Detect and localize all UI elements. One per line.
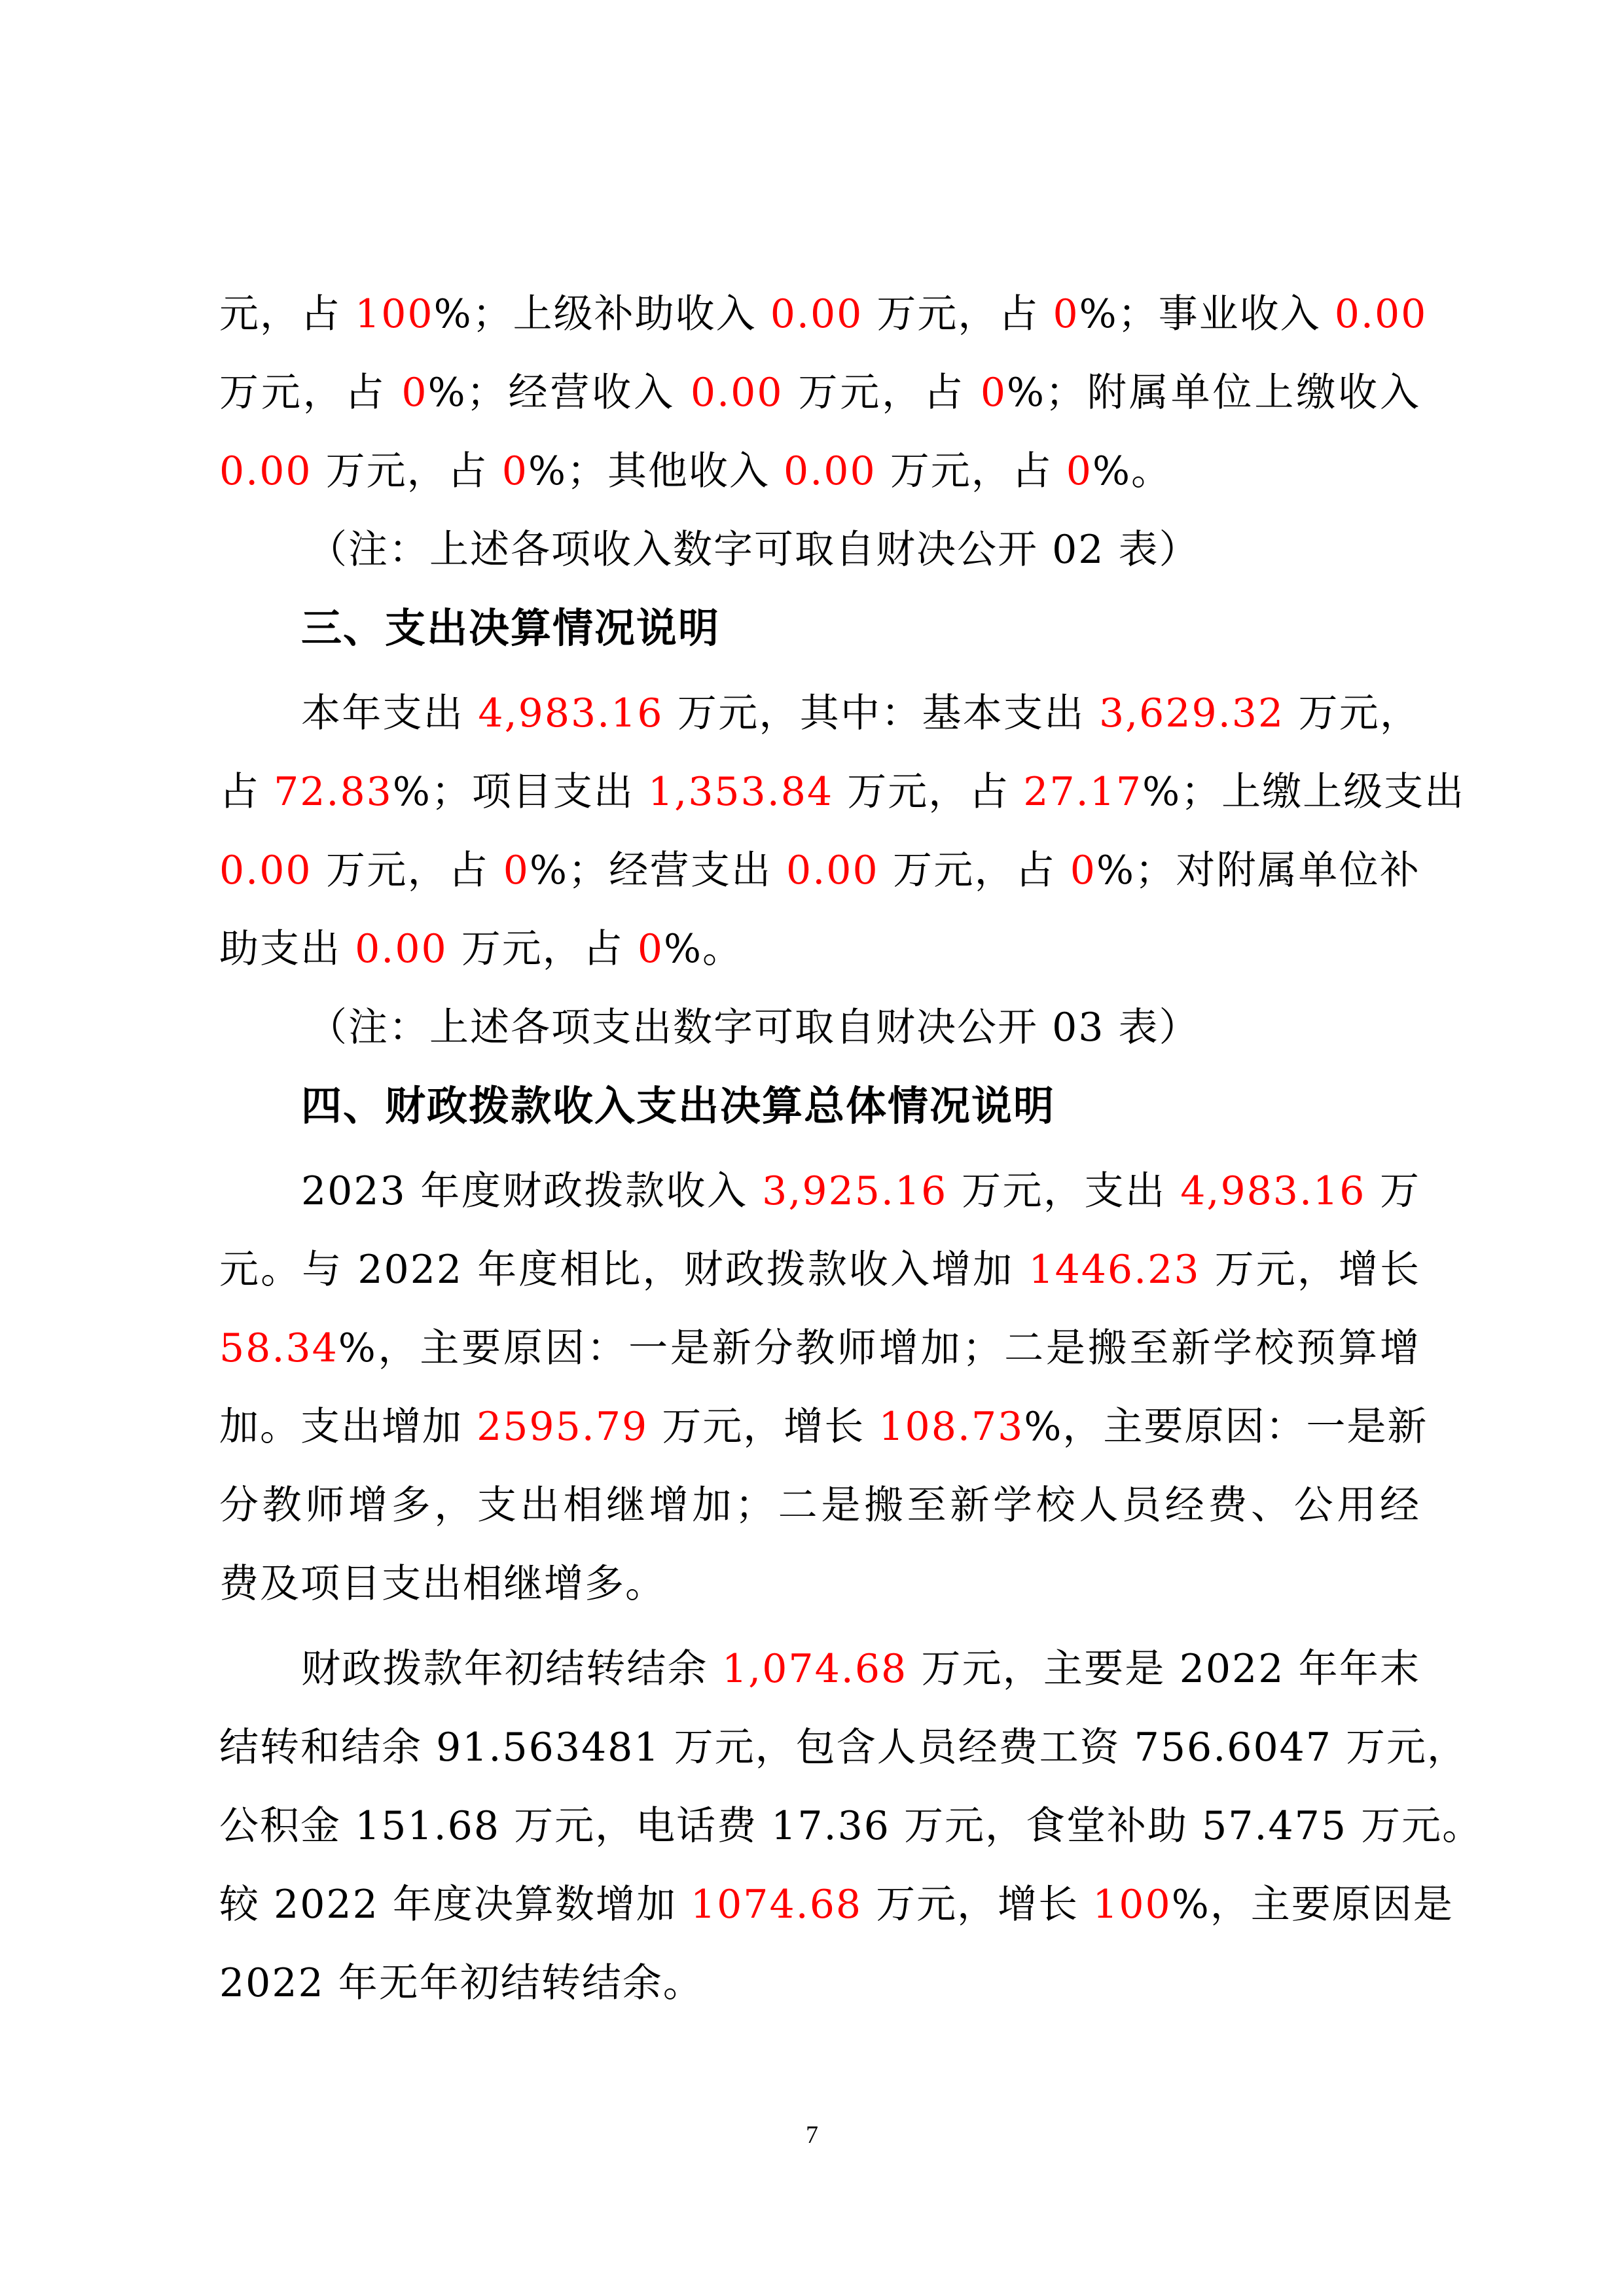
text-line: 较 2022 年度决算数增加 1074.68 万元，增长 100%，主要原因是 xyxy=(219,1865,1420,1944)
highlighted-value: 0 xyxy=(1053,291,1079,337)
text-run: 占 xyxy=(219,769,274,815)
text-line: 0.00 万元，占 0%；经营支出 0.00 万元，占 0%；对附属单位补 xyxy=(219,831,1420,910)
text-run: 万元，增长 xyxy=(648,1404,878,1450)
text-run: 2023 年度财政拨款收入 xyxy=(301,1168,762,1214)
highlighted-value: 100 xyxy=(1092,1882,1172,1928)
highlighted-value: 0 xyxy=(503,848,530,893)
text-run: %；经营支出 xyxy=(530,848,786,893)
text-run: 费及项目支出相继增多。 xyxy=(219,1561,666,1607)
highlighted-value: 1446.23 xyxy=(1028,1247,1200,1293)
highlighted-value: 1,074.68 xyxy=(722,1646,907,1692)
text-run: （注：上述各项支出数字可取自财决公开 03 表） xyxy=(308,1005,1200,1050)
text-run: %，主要原因：一是新 xyxy=(1024,1404,1428,1450)
highlighted-value: 100 xyxy=(355,291,434,337)
section-heading: 三、支出决算情况说明 xyxy=(301,589,1502,668)
text-run: 三、支出决算情况说明 xyxy=(301,604,720,652)
highlighted-value: 0 xyxy=(1066,448,1092,494)
text-run: 万元，占 xyxy=(784,370,981,416)
highlighted-value: 0.00 xyxy=(219,448,312,494)
highlighted-value: 3,629.32 xyxy=(1099,691,1284,736)
text-run: 财政拨款年初结转结余 xyxy=(301,1646,722,1692)
highlighted-value: 0 xyxy=(502,448,528,494)
text-line: 元。与 2022 年度相比，财政拨款收入增加 1446.23 万元，增长 xyxy=(219,1230,1420,1309)
text-line: 元，占 100%；上级补助收入 0.00 万元，占 0%；事业收入 0.00 xyxy=(219,275,1420,353)
highlighted-value: 3,925.16 xyxy=(762,1168,947,1214)
text-run: %；经营收入 xyxy=(428,370,691,416)
highlighted-value: 0.00 xyxy=(219,848,312,893)
paragraph-first-line: 本年支出 4,983.16 万元，其中：基本支出 3,629.32 万元， xyxy=(301,674,1420,753)
highlighted-value: 0 xyxy=(1070,848,1096,893)
text-line: 58.34%，主要原因：一是新分教师增加；二是搬至新学校预算增 xyxy=(219,1309,1420,1388)
text-run: %，主要原因是 xyxy=(1172,1882,1454,1928)
document-page: 元，占 100%；上级补助收入 0.00 万元，占 0%；事业收入 0.00万元… xyxy=(0,0,1624,2296)
text-run: %；事业收入 xyxy=(1079,291,1335,337)
text-run: %，主要原因：一是新分教师增加；二是搬至新学校预算增 xyxy=(338,1325,1420,1371)
text-line: 占 72.83%；项目支出 1,353.84 万元，占 27.17%；上缴上级支… xyxy=(219,753,1420,831)
text-run: %；附属单位上缴收入 xyxy=(1007,370,1420,416)
source-note: （注：上述各项支出数字可取自财决公开 03 表） xyxy=(308,988,1237,1067)
highlighted-value: 0 xyxy=(638,926,664,972)
text-run: 万元，支出 xyxy=(947,1168,1180,1214)
highlighted-value: 0.00 xyxy=(691,370,784,416)
text-run: 本年支出 xyxy=(301,691,478,736)
text-run: 公积金 151.68 万元，电话费 17.36 万元，食堂补助 57.475 万… xyxy=(219,1803,1483,1849)
text-run: （注：上述各项收入数字可取自财决公开 02 表） xyxy=(308,527,1200,573)
highlighted-value: 0 xyxy=(401,370,427,416)
text-run: 万元，增长 xyxy=(1200,1247,1420,1293)
text-line: 助支出 0.00 万元，占 0%。 xyxy=(219,910,1420,988)
section-heading: 四、财政拨款收入支出决算总体情况说明 xyxy=(301,1067,1502,1145)
text-run: 万元，占 xyxy=(312,448,502,494)
text-run: %；对附属单位补 xyxy=(1096,848,1420,893)
text-run: 万元， xyxy=(1284,691,1420,736)
text-run: 万元，占 xyxy=(833,769,1023,815)
text-line: 结转和结余 91.563481 万元，包含人员经费工资 756.6047 万元， xyxy=(219,1708,1420,1787)
text-run: %。 xyxy=(1092,448,1172,494)
highlighted-value: 108.73 xyxy=(878,1404,1024,1450)
highlighted-value: 72.83 xyxy=(274,769,393,815)
text-run: %。 xyxy=(664,926,743,972)
highlighted-value: 1074.68 xyxy=(691,1882,862,1928)
text-run: 万元，占 xyxy=(219,370,401,416)
text-run: 助支出 xyxy=(219,926,355,972)
text-run: 万 xyxy=(1365,1168,1420,1214)
text-run: 万元，其中：基本支出 xyxy=(664,691,1099,736)
highlighted-value: 0.00 xyxy=(770,291,863,337)
text-run: 较 2022 年度决算数增加 xyxy=(219,1882,691,1928)
highlighted-value: 4,983.16 xyxy=(478,691,663,736)
text-run: %；项目支出 xyxy=(393,769,648,815)
highlighted-value: 0.00 xyxy=(1335,291,1428,337)
text-run: 万元，占 xyxy=(448,926,638,972)
text-run: 万元，占 xyxy=(312,848,503,893)
highlighted-value: 1,353.84 xyxy=(648,769,833,815)
text-run: 万元，主要是 2022 年年末 xyxy=(907,1646,1420,1692)
paragraph-first-line: 财政拨款年初结转结余 1,074.68 万元，主要是 2022 年年末 xyxy=(301,1630,1420,1708)
text-run: 加。支出增加 xyxy=(219,1404,477,1450)
text-line: 公积金 151.68 万元，电话费 17.36 万元，食堂补助 57.475 万… xyxy=(219,1787,1420,1865)
text-run: 结转和结余 91.563481 万元，包含人员经费工资 756.6047 万元， xyxy=(219,1725,1468,1770)
highlighted-value: 0.00 xyxy=(784,448,876,494)
highlighted-value: 27.17 xyxy=(1023,769,1142,815)
page-number: 7 xyxy=(0,2121,1624,2149)
text-run: 万元，增长 xyxy=(862,1882,1092,1928)
text-run: 分教师增多，支出相继增加；二是搬至新学校人员经费、公用经 xyxy=(219,1482,1420,1528)
text-run: 元。与 2022 年度相比，财政拨款收入增加 xyxy=(219,1247,1028,1293)
text-run: 元，占 xyxy=(219,291,355,337)
text-line: 加。支出增加 2595.79 万元，增长 108.73%，主要原因：一是新 xyxy=(219,1388,1420,1466)
highlighted-value: 0 xyxy=(981,370,1007,416)
highlighted-value: 0.00 xyxy=(786,848,879,893)
paragraph-first-line: 2023 年度财政拨款收入 3,925.16 万元，支出 4,983.16 万 xyxy=(301,1152,1420,1230)
text-run: 万元，占 xyxy=(863,291,1053,337)
text-run: %；上级补助收入 xyxy=(434,291,770,337)
text-run: 2022 年无年初结转结余。 xyxy=(219,1960,704,2006)
text-line: 2022 年无年初结转结余。 xyxy=(219,1944,1420,2022)
highlighted-value: 58.34 xyxy=(219,1325,338,1371)
text-run: 万元，占 xyxy=(876,448,1066,494)
source-note: （注：上述各项收入数字可取自财决公开 02 表） xyxy=(308,511,1237,589)
text-line: 分教师增多，支出相继增加；二是搬至新学校人员经费、公用经 xyxy=(219,1466,1420,1545)
text-run: %；上缴上级支出 xyxy=(1142,769,1465,815)
highlighted-value: 4,983.16 xyxy=(1180,1168,1365,1214)
text-run: 四、财政拨款收入支出决算总体情况说明 xyxy=(301,1082,1055,1130)
highlighted-value: 2595.79 xyxy=(477,1404,648,1450)
text-line: 万元，占 0%；经营收入 0.00 万元，占 0%；附属单位上缴收入 xyxy=(219,353,1420,432)
text-line: 0.00 万元，占 0%；其他收入 0.00 万元，占 0%。 xyxy=(219,432,1420,511)
highlighted-value: 0.00 xyxy=(355,926,448,972)
text-line: 费及项目支出相继增多。 xyxy=(219,1545,1420,1623)
text-run: 万元，占 xyxy=(879,848,1070,893)
text-run: %；其他收入 xyxy=(528,448,784,494)
